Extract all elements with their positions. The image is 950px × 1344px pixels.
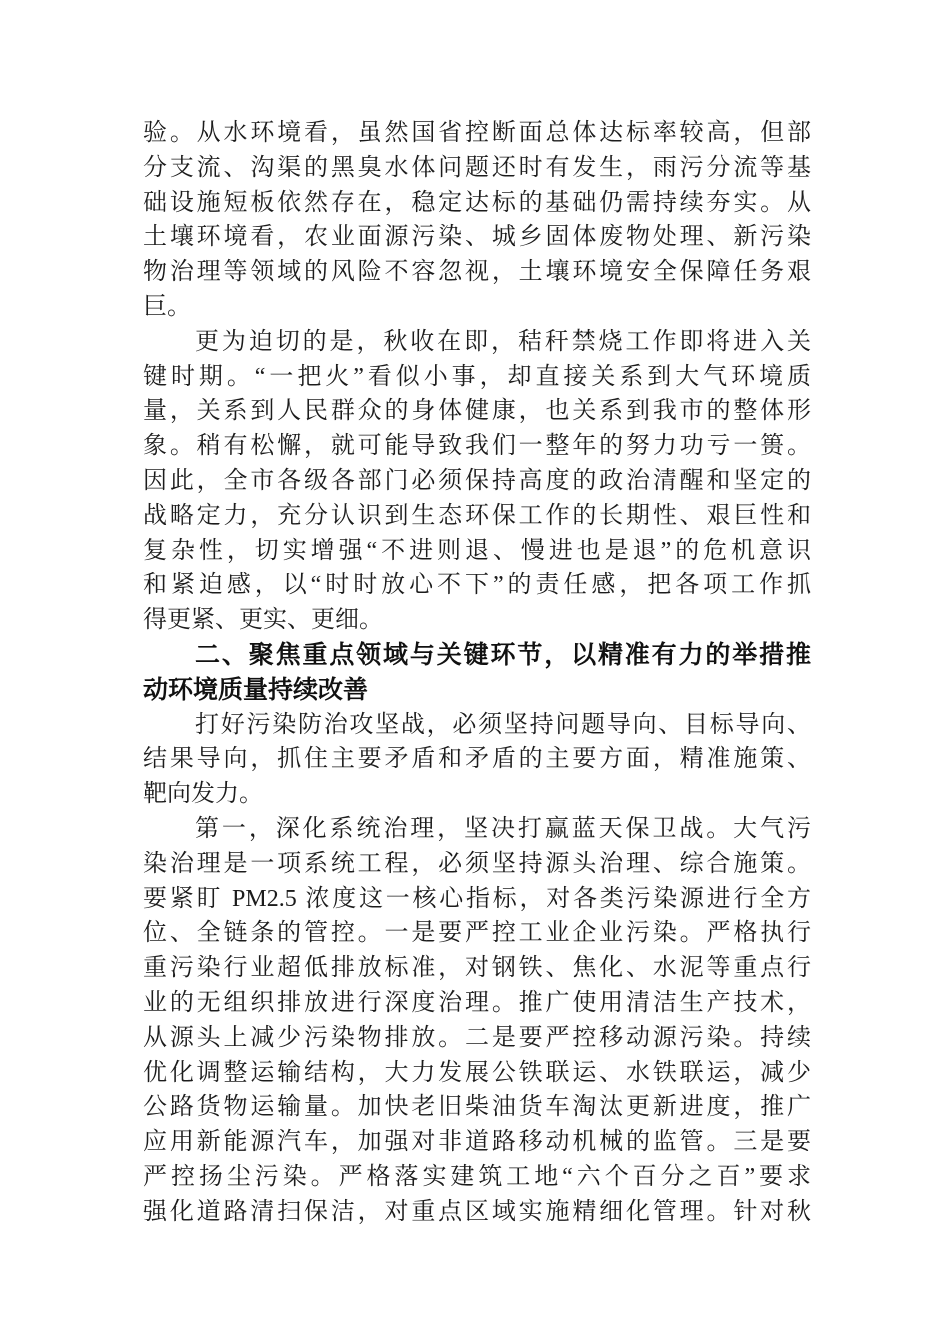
text-line: 巨。	[143, 290, 811, 325]
text-line: 动环境质量持续改善	[143, 673, 811, 708]
paragraph-blue-sky-defense: 第一，深化系统治理，坚决打赢蓝天保卫战。大气污染治理是一项系统工程，必须坚持源头…	[143, 812, 811, 1230]
document-page: 验。从水环境看，虽然国省控断面总体达标率较高，但部分支流、沟渠的黑臭水体问题还时…	[0, 0, 950, 1344]
text-line: 从源头上减少污染物排放。二是要严控移动源污染。持续	[143, 1021, 811, 1056]
text-line: 分支流、沟渠的黑臭水体问题还时有发生，雨污分流等基	[143, 151, 811, 186]
section-heading-2: 二、聚焦重点领域与关键环节，以精准有力的举措推动环境质量持续改善	[143, 638, 811, 708]
paragraph-precision-strategy: 打好污染防治攻坚战，必须坚持问题导向、目标导向、结果导向，抓住主要矛盾和矛盾的主…	[143, 708, 811, 812]
text-line: 应用新能源汽车，加强对非道路移动机械的监管。三是要	[143, 1125, 811, 1160]
text-line: 战略定力，充分认识到生态环保工作的长期性、艰巨性和	[143, 499, 811, 534]
text-line: 二、聚焦重点领域与关键环节，以精准有力的举措推	[143, 638, 811, 673]
text-line: 业的无组织排放进行深度治理。推广使用清洁生产技术，	[143, 986, 811, 1021]
text-line: 验。从水环境看，虽然国省控断面总体达标率较高，但部	[143, 116, 811, 151]
text-line: 土壤环境看，农业面源污染、城乡固体废物处理、新污染	[143, 220, 811, 255]
text-line: 因此，全市各级各部门必须保持高度的政治清醒和坚定的	[143, 464, 811, 499]
paragraph-straw-burning-urgency: 更为迫切的是，秋收在即，秸秆禁烧工作即将进入关键时期。“一把火”看似小事，却直接…	[143, 325, 811, 638]
text-line: 量，关系到人民群众的身体健康，也关系到我市的整体形	[143, 394, 811, 429]
text-line: 公路货物运输量。加快老旧柴油货车淘汰更新进度，推广	[143, 1090, 811, 1125]
text-line: 要紧盯 PM2.5 浓度这一核心指标，对各类污染源进行全方	[143, 882, 811, 917]
text-line: 象。稍有松懈，就可能导致我们一整年的努力功亏一篑。	[143, 429, 811, 464]
text-line: 靶向发力。	[143, 777, 811, 812]
text-line: 更为迫切的是，秋收在即，秸秆禁烧工作即将进入关	[143, 325, 811, 360]
text-line: 和紧迫感，以“时时放心不下”的责任感，把各项工作抓	[143, 568, 811, 603]
text-line: 键时期。“一把火”看似小事，却直接关系到大气环境质	[143, 360, 811, 395]
paragraph-environment-status: 验。从水环境看，虽然国省控断面总体达标率较高，但部分支流、沟渠的黑臭水体问题还时…	[143, 116, 811, 325]
text-line: 染治理是一项系统工程，必须坚持源头治理、综合施策。	[143, 847, 811, 882]
text-line: 复杂性，切实增强“不进则退、慢进也是退”的危机意识	[143, 534, 811, 569]
text-line: 打好污染防治攻坚战，必须坚持问题导向、目标导向、	[143, 708, 811, 743]
text-line: 物治理等领域的风险不容忽视，土壤环境安全保障任务艰	[143, 255, 811, 290]
text-line: 严控扬尘污染。严格落实建筑工地“六个百分之百”要求	[143, 1160, 811, 1195]
text-content: 验。从水环境看，虽然国省控断面总体达标率较高，但部分支流、沟渠的黑臭水体问题还时…	[143, 116, 811, 1230]
text-line: 重污染行业超低排放标准，对钢铁、焦化、水泥等重点行	[143, 951, 811, 986]
text-line: 优化调整运输结构，大力发展公铁联运、水铁联运，减少	[143, 1056, 811, 1091]
text-line: 得更紧、更实、更细。	[143, 603, 811, 638]
text-line: 位、全链条的管控。一是要严控工业企业污染。严格执行	[143, 916, 811, 951]
text-line: 结果导向，抓住主要矛盾和矛盾的主要方面，精准施策、	[143, 742, 811, 777]
text-line: 第一，深化系统治理，坚决打赢蓝天保卫战。大气污	[143, 812, 811, 847]
text-line: 础设施短板依然存在，稳定达标的基础仍需持续夯实。从	[143, 186, 811, 221]
text-line: 强化道路清扫保洁，对重点区域实施精细化管理。针对秋	[143, 1195, 811, 1230]
